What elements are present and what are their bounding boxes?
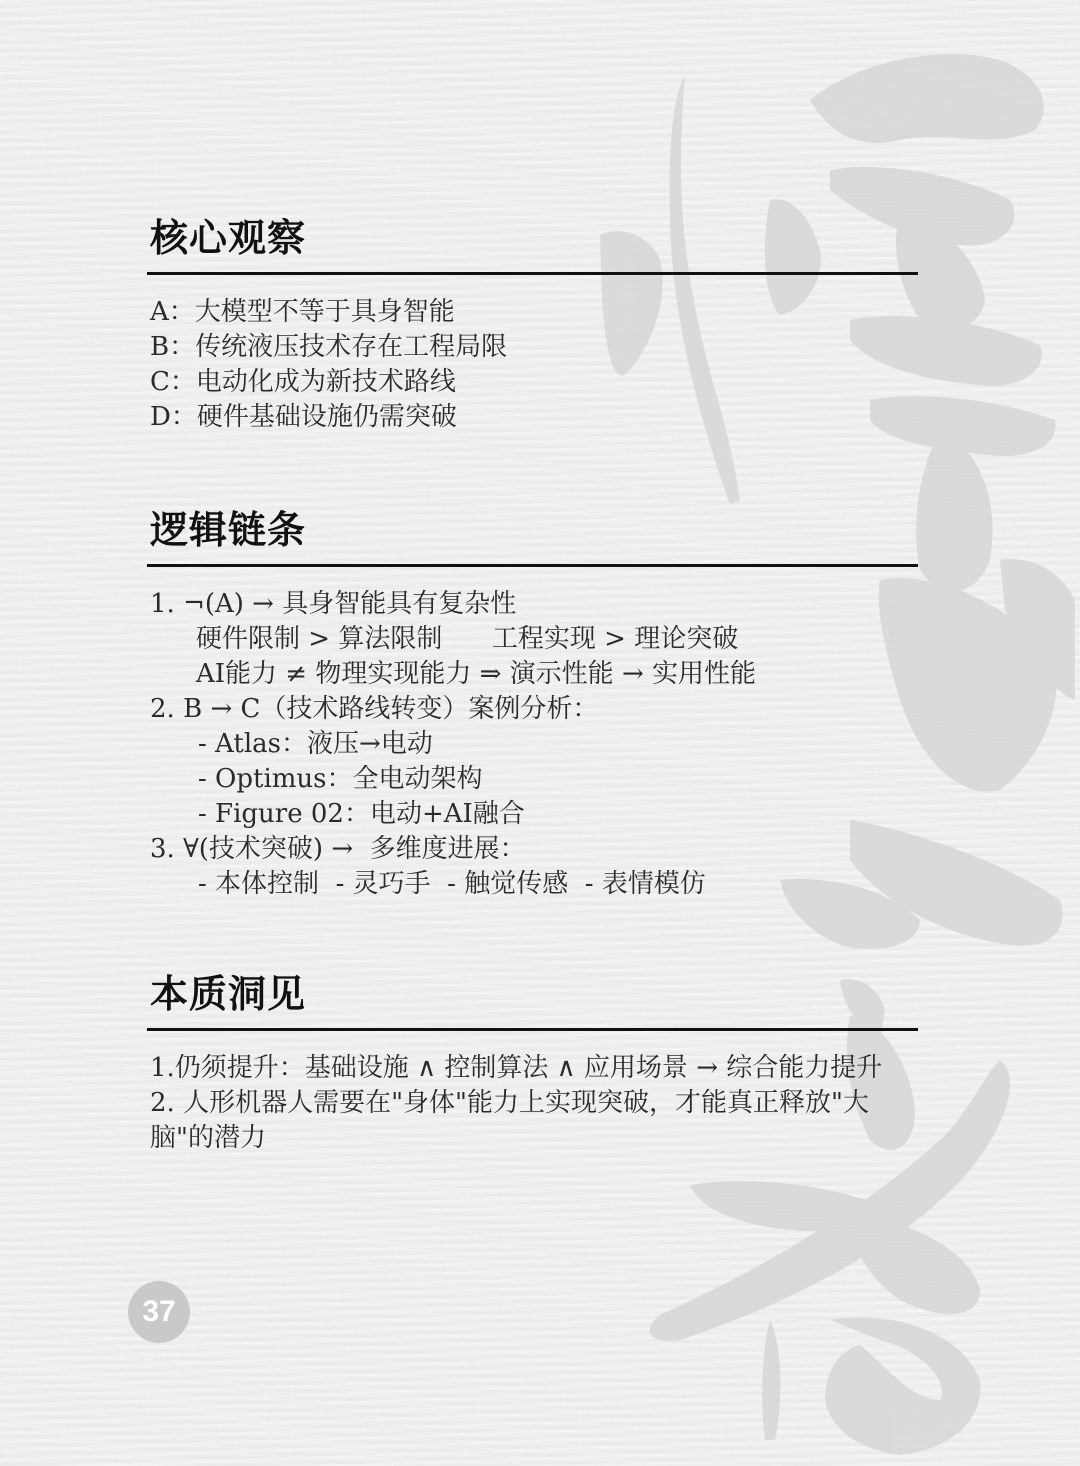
logic-item-2-case-figure: - Figure 02：电动+AI融合	[150, 797, 918, 832]
logic-item-3: 3. ∀(技术突破) → 多维度进展：	[150, 832, 918, 867]
observation-item-a: A：大模型不等于具身智能	[150, 295, 918, 330]
observation-item-d: D：硬件基础设施仍需突破	[150, 400, 918, 435]
observation-item-b: B：传统液压技术存在工程局限	[150, 330, 918, 365]
page-number-badge: 37	[128, 1281, 190, 1343]
logic-item-1: 1. ¬(A) → 具身智能具有复杂性	[150, 587, 918, 622]
logic-item-1-detail-2: AI能力 ≠ 物理实现能力 ⇒ 演示性能 → 实用性能	[150, 657, 918, 692]
logic-item-3-dimensions: - 本体控制 - 灵巧手 - 触觉传感 - 表情模仿	[150, 867, 918, 902]
logic-chain-list: 1. ¬(A) → 具身智能具有复杂性 硬件限制 > 算法限制 工程实现 > 理…	[150, 587, 918, 902]
logic-item-2-case-optimus: - Optimus：全电动架构	[150, 762, 918, 797]
section-title: 核心观察	[150, 212, 918, 264]
section-logic-chain: 逻辑链条 1. ¬(A) → 具身智能具有复杂性 硬件限制 > 算法限制 工程实…	[150, 504, 918, 902]
section-divider	[147, 564, 918, 567]
insight-item-2: 2. 人形机器人需要在"身体"能力上实现突破，才能真正释放"大脑"的潜力	[150, 1086, 890, 1156]
section-title: 本质洞见	[150, 968, 918, 1020]
observation-item-c: C：电动化成为新技术路线	[150, 365, 918, 400]
section-divider	[147, 272, 918, 275]
section-divider	[147, 1028, 918, 1031]
section-title: 逻辑链条	[150, 504, 918, 556]
logic-item-1-detail-1: 硬件限制 > 算法限制 工程实现 > 理论突破	[150, 622, 918, 657]
logic-item-2: 2. B → C（技术路线转变）案例分析：	[150, 692, 918, 727]
section-essential-insights: 本质洞见 1.仍须提升：基础设施 ∧ 控制算法 ∧ 应用场景 → 综合能力提升 …	[150, 968, 918, 1156]
insight-item-1: 1.仍须提升：基础设施 ∧ 控制算法 ∧ 应用场景 → 综合能力提升	[150, 1051, 890, 1086]
insight-list: 1.仍须提升：基础设施 ∧ 控制算法 ∧ 应用场景 → 综合能力提升 2. 人形…	[150, 1051, 918, 1156]
logic-item-2-case-atlas: - Atlas：液压→电动	[150, 727, 918, 762]
section-core-observations: 核心观察 A：大模型不等于具身智能 B：传统液压技术存在工程局限 C：电动化成为…	[150, 212, 918, 435]
observation-list: A：大模型不等于具身智能 B：传统液压技术存在工程局限 C：电动化成为新技术路线…	[150, 295, 918, 435]
